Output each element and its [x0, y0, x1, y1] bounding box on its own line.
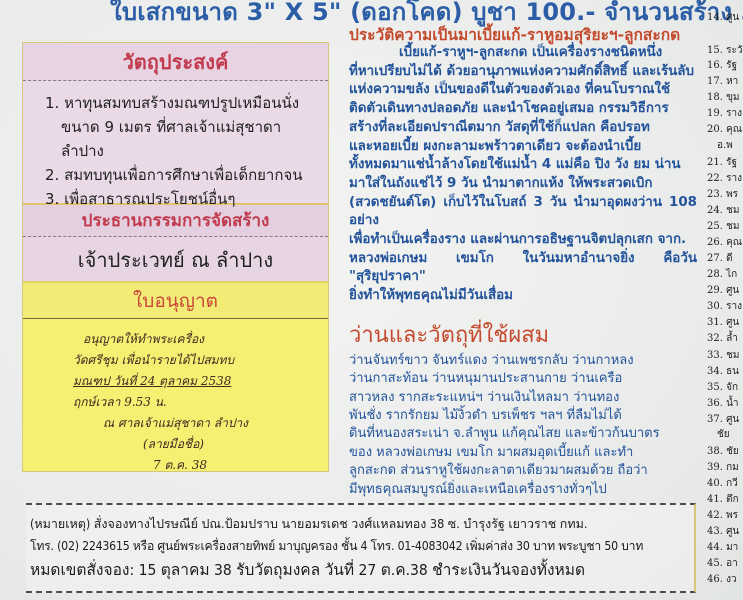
side-list-item: อ.พ — [717, 138, 733, 153]
materials-line: สาวหลง รากสะระแหน่ฯ ว่านเงินไหลมา ว่านทอ… — [349, 389, 697, 407]
article-line: ยิ่งทำให้พุทธคุณไม่มีวันเสื่อม — [349, 287, 697, 306]
article-line: เบี้ยแก้-ราหูฯ-ลูกสะกด เป็นเครื่องรางชนิ… — [349, 44, 697, 63]
side-list-item: 15. ระวั — [707, 43, 742, 58]
side-list-item: 39. กม — [707, 460, 739, 475]
article-line: ติดตัวเดินทางปลอดภัย และนำโชคอยู่เสมอ กร… — [349, 100, 697, 119]
side-list-item: 34. ธน — [707, 364, 739, 379]
side-list-item: 33. ชม — [707, 348, 739, 363]
side-list-item: 32. ล้ำ — [707, 331, 738, 346]
article-line: หลวงพ่อเกษม เขมโก ในวันมหาอำนาจยิ่ง คือว… — [349, 250, 697, 287]
objective-item: 1. หาทุนสมทบสร้างมณฑปรูปเหมือนนั่ง — [45, 91, 328, 115]
side-list-item: 45. อา — [707, 556, 738, 571]
note-line-address: (หมายเหตุ) สั่งจองทางไปรษณีย์ ปณ.ป้อมปรา… — [30, 513, 688, 535]
article-line: มาใส่ในถังแช่ไว้ 9 วัน นำมาตากแห้ง ให้พร… — [349, 175, 697, 194]
side-list-item: 44. มา — [707, 540, 738, 555]
materials-line: ของ หลวงพ่อเกษม เขมโก มาผสมอุดเบี้ยแก้ แ… — [349, 444, 697, 462]
side-list-item: 24. ชม — [707, 203, 739, 218]
side-list-item: 16. รัฐ — [707, 58, 737, 73]
side-list-item: 19. ราง — [707, 106, 742, 121]
materials-title: ว่านและวัตถุที่ใช้ผสม — [349, 320, 697, 352]
chairman-name: เจ้าประเวทย์ ณ ลำปาง — [23, 237, 328, 283]
side-list-item: 29. ศูน — [707, 283, 739, 298]
side-list-item: 35. จัก — [707, 380, 738, 395]
article-line: ที่หาเปรียบไม่ได้ ด้วยอานุภาพแห่งความศัก… — [349, 63, 697, 82]
side-list-item: 43. ศูน — [707, 524, 739, 539]
side-list-item: 38. ชัย — [707, 444, 739, 459]
article-title: ประวัติความเป็นมาเบี้ยแก้-ราหูอมสุริยะฯ-… — [349, 22, 697, 44]
objectives-list: 1. หาทุนสมทบสร้างมณฑปรูปเหมือนนั่ง ขนาด … — [23, 81, 328, 205]
side-list-item: 25. ชม — [707, 219, 739, 234]
permit-title: ใบอนุญาต — [23, 283, 328, 319]
side-list-item: 21. รัฐ — [707, 155, 737, 170]
materials-body: ว่านจันทร์ขาว จันทร์แดง ว่านเพชรกลับ ว่า… — [349, 352, 697, 499]
side-list-item: 30. ราง — [707, 299, 742, 314]
newspaper-page: ใบเสกขนาด 3" X 5" (ดอกโคด) บูชา 100.- จำ… — [0, 0, 743, 600]
side-list-item: 17. หา — [707, 74, 738, 89]
side-list-item: 20. คุณ — [707, 122, 742, 137]
handwriting-line: มณฑป วันที่ 24 ตุลาคม 2538 — [73, 371, 318, 392]
side-list-item: 18. ขุม — [707, 90, 740, 105]
article-line: เพื่อทำเป็นเครื่องราง และผ่านการอธิษฐานจ… — [349, 231, 697, 250]
side-list-item: 28. ไก — [707, 267, 737, 282]
handwriting-line: ฤกษ์เวลา 9.53 น. — [73, 392, 318, 413]
side-list-item: 27. ดี — [707, 251, 733, 266]
headline: ใบเสกขนาด 3" X 5" (ดอกโคด) บูชา 100.- จำ… — [110, 0, 710, 22]
side-list-item: 36. น้ำ — [707, 396, 739, 411]
article-line: และหอยเบี้ย ผงกะลามะพร้าวตาเดียว จะต้องน… — [349, 138, 697, 157]
side-list-item: 23. พร — [707, 187, 738, 202]
side-list-item: 42. พร — [707, 508, 738, 523]
note-line-deadline: หมดเขตสั่งจอง: 15 ตุลาคม 38 รับวัตถุมงคล… — [30, 557, 688, 583]
objective-item-continued: ขนาด 9 เมตร ที่ศาลเจ้าแม่สุชาดา ลำปาง — [45, 115, 328, 163]
side-list-item: 40. กวี — [707, 476, 738, 491]
objective-item: 2. สมทบทุนเพื่อการศึกษาเพื่อเด็กยากจน — [45, 163, 328, 187]
article-line: สร้างที่ละเอียดปราณีตมาก วัสดุที่ใช้ก็แป… — [349, 119, 697, 138]
materials-line: พันชั่ง รากรักยม ไม้งิ้วดำ บรเพ็ชร ฯลฯ ท… — [349, 407, 697, 425]
materials-line: ดินที่หนองสระเน่า จ.ลำพูน แก้คุณไสย และข… — [349, 425, 697, 443]
side-list-item: 46. งว — [707, 572, 737, 587]
handwriting-line: วัดศรีชุม เพื่อนำรายได้ไปสมทบ — [73, 350, 318, 371]
side-list-item: 22. ราง — [707, 171, 742, 186]
handwriting-line: ณ ศาลเจ้าแม่สุชาดา ลำปาง — [73, 413, 318, 434]
materials-line: มีพุทธคุณสมบูรณ์ยิ่งและเหนือเครื่องรางทั… — [349, 481, 697, 499]
signature: (ลายมือชื่อ) — [73, 434, 318, 455]
article: ประวัติความเป็นมาเบี้ยแก้-ราหูอมสุริยะฯ-… — [349, 22, 697, 499]
article-line: แห่งความขลัง เป็นของดีในตัวของตัวเอง ที่… — [349, 81, 697, 100]
permit-handwriting: อนุญาตให้ทำพระเครื่อง วัดศรีชุม เพื่อนำร… — [23, 319, 328, 471]
side-list-item: 37. ศูน — [707, 412, 739, 427]
side-list-item: 14. ศูน — [707, 10, 739, 25]
handwriting-line: อนุญาตให้ทำพระเครื่อง — [73, 329, 318, 350]
note-line-phone: โทร. (02) 2243615 หรือ ศูนย์พระเครื่องสา… — [30, 535, 688, 557]
article-line: ทั้งหมดมาแช่น้ำล้างโดยใช้แม่น้ำ 4 แม่คือ… — [349, 156, 697, 175]
left-panel: วัตถุประสงค์ 1. หาทุนสมทบสร้างมณฑปรูปเหม… — [22, 42, 329, 472]
side-list-item: 26. คุณ — [707, 235, 742, 250]
materials-line: ลูกสะกด ส่วนราหูใช้ผงกะลาตาเดียวมาผสมด้ว… — [349, 462, 697, 480]
materials-line: ว่านกาสะท้อน ว่านหนุมานประสานกาย ว่านเคร… — [349, 370, 697, 388]
side-list-item: 31. ศูน — [707, 315, 739, 330]
article-body: เบี้ยแก้-ราหูฯ-ลูกสะกด เป็นเครื่องรางชนิ… — [349, 44, 697, 306]
handwriting-date: 7 ต.ค. 38 — [73, 455, 318, 476]
article-line: (สวดชยันต์โต) เก็บไว้ในโบสถ์ 3 วัน นำมาอ… — [349, 194, 697, 231]
side-list-item: ชัย — [717, 427, 730, 442]
materials-line: ว่านจันทร์ขาว จันทร์แดง ว่านเพชรกลับ ว่า… — [349, 352, 697, 370]
order-note: (หมายเหตุ) สั่งจองทางไปรษณีย์ ปณ.ป้อมปรา… — [26, 503, 696, 593]
objectives-title: วัตถุประสงค์ — [23, 43, 328, 81]
side-list-item: 41. ตึก — [707, 492, 739, 507]
side-column-list: 14. ศูน15. ระวั16. รัฐ17. หา18. ขุม19. ร… — [703, 0, 743, 600]
